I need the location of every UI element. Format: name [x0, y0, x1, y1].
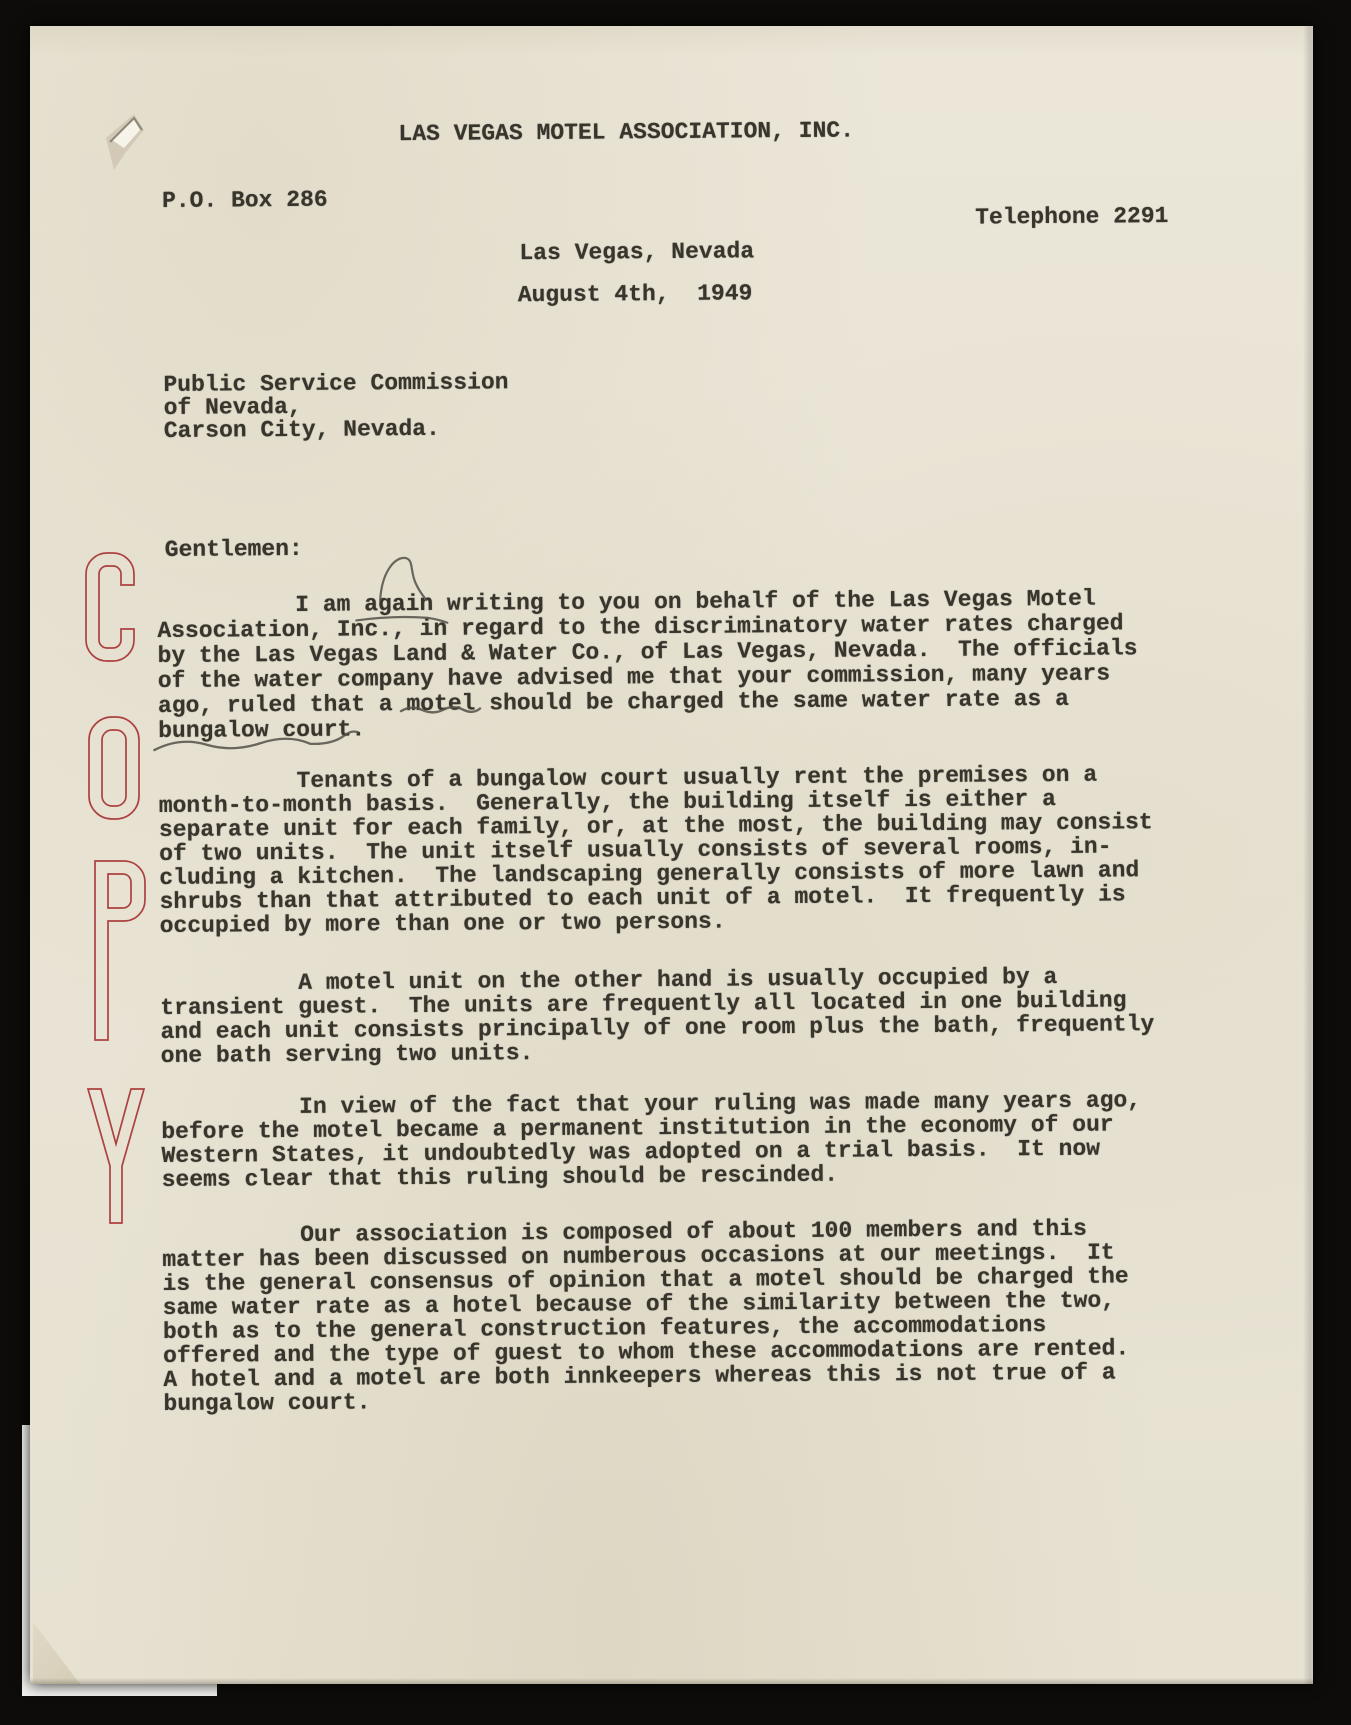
organization-title: LAS VEGAS MOTEL ASSOCIATION, INC.: [398, 119, 854, 147]
stamp-letter-Y-outline: [88, 1089, 144, 1223]
stamp-letter-O-outline: [89, 717, 139, 819]
po-box-line: P.O. Box 286: [162, 188, 328, 213]
stamp-letter-O: [88, 716, 140, 820]
stamp-letter-C-outline: [86, 553, 134, 661]
paper-bottom-edge: [30, 1678, 1313, 1684]
paragraph-3: A motel unit on the other hand is usuall…: [160, 964, 1171, 1068]
stamp-letter-Y: [87, 1088, 145, 1224]
paragraph-4: In view of the fact that your ruling was…: [161, 1088, 1172, 1192]
pencil-underline-again: [354, 612, 450, 627]
date-line: August 4th, 1949: [518, 281, 753, 307]
paragraph-5: Our association is composed of about 100…: [162, 1216, 1173, 1416]
letter-page: LAS VEGAS MOTEL ASSOCIATION, INC. P.O. B…: [30, 26, 1313, 1684]
typewritten-content: LAS VEGAS MOTEL ASSOCIATION, INC. P.O. B…: [28, 17, 1324, 1685]
stamp-letter-P: [94, 860, 146, 1042]
paragraph-1: I am again writing to you on behalf of t…: [157, 586, 1168, 744]
recipient-address: Public Service Commission of Nevada, Car…: [163, 371, 509, 443]
paper-right-edge: [1303, 26, 1313, 1684]
pencil-caret-mark: [374, 552, 438, 605]
stamp-letter-C: [85, 552, 135, 662]
pencil-underline-motel: [399, 703, 483, 718]
pencil-wavy-underline-path: [154, 731, 358, 750]
telephone-line: Telephone 2291: [975, 204, 1168, 230]
pencil-underline-again-path: [356, 617, 447, 624]
pencil-wavy-underline-bungalow-court: [151, 730, 361, 758]
pencil-underline-motel-path: [401, 707, 480, 713]
paragraph-2: Tenants of a bungalow court usually rent…: [158, 762, 1169, 938]
city-line: Las Vegas, Nevada: [519, 239, 754, 265]
scanned-letter-background: LAS VEGAS MOTEL ASSOCIATION, INC. P.O. B…: [0, 0, 1351, 1725]
salutation: Gentlemen:: [165, 537, 303, 562]
stamp-letter-P-outline: [95, 861, 145, 1040]
pencil-caret-path: [380, 558, 426, 601]
